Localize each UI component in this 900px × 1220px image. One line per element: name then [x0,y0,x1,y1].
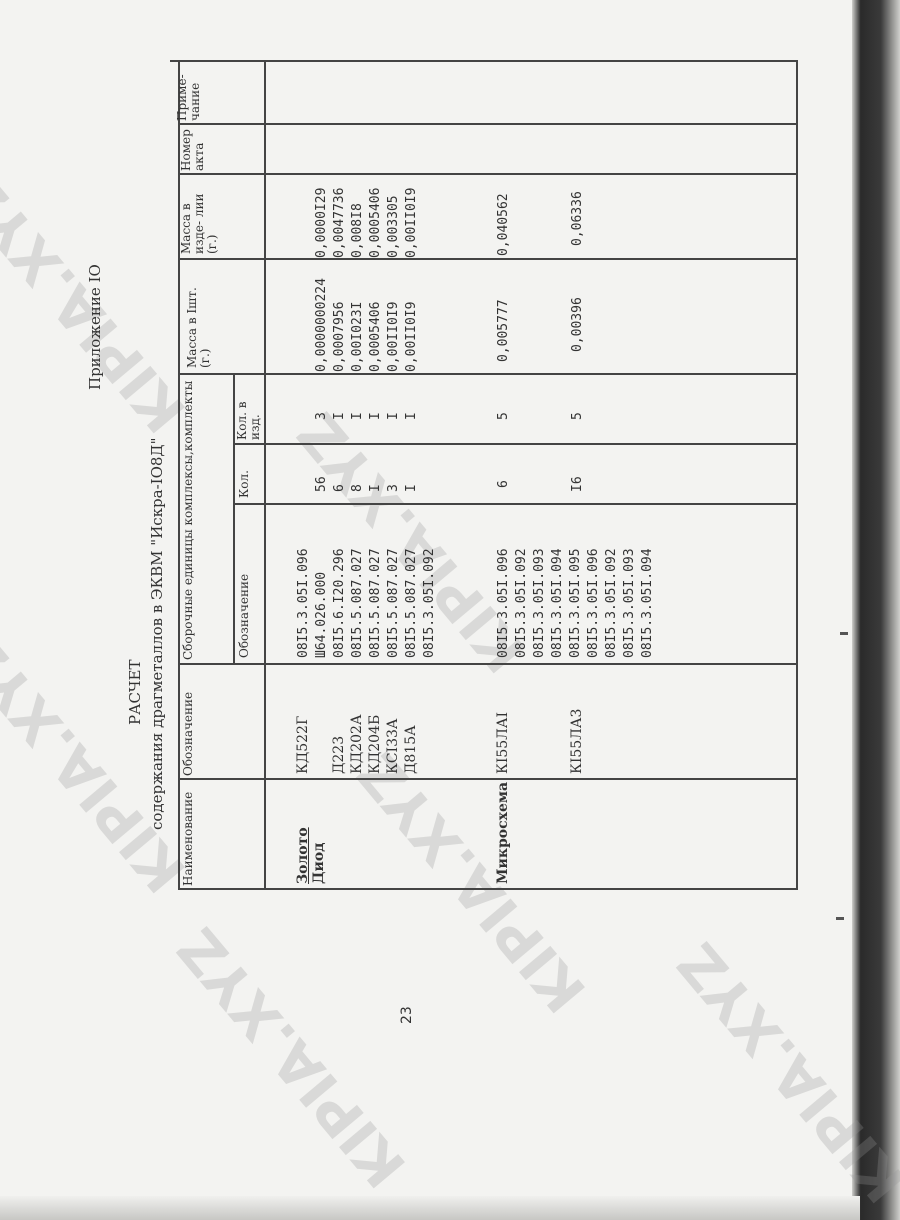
assembly-designation: 08I5.6.I20.296 [332,548,347,658]
designation: Д815А [404,714,419,774]
mass-per-unit: 0,0007956 [332,278,347,372]
mass-in-product-diode: 0,0000I29 0,0047736 0,008I8 0,0005406 0,… [314,188,419,258]
header-assembly-group: Сборочные единицы комплексы,комплекты [182,380,195,660]
mass-in-product: 0,0047736 [332,188,347,258]
col-border [178,123,798,125]
qty-in-product-microchip-2: 5 [570,412,585,420]
assembly-designation: 08I5.5.087.027 [386,548,401,658]
designations-diode: КД522Г Д223 КД202А КД204Б КСI33А Д815А [296,714,419,774]
assembly-designation: 08I5.5.087.027 [368,548,383,658]
mass-per-unit-microchip-1: 0,005777 [496,299,511,362]
assembly-designation: 08I5.3.05I.093 [532,548,547,658]
designation: КД522Г [296,714,311,774]
group-name-microchip: Микросхема [496,782,511,884]
mass-per-unit: 0,0005406 [368,278,383,372]
col-border [233,443,798,445]
header-assembly-designation: Обозначение [238,574,251,658]
col-border [178,888,798,890]
scan-speck [840,632,848,635]
qty-in-product: I [350,412,365,420]
qty: I [404,476,419,492]
header-mass-per-unit: Масса в Iшт. (г.) [186,268,212,368]
designation: КД202А [350,714,365,774]
assembly-designation: 08I5.3.05I.096 [296,548,311,658]
qty-microchip-1: 6 [496,480,511,488]
watermark: KIPIA.XYZ [0,620,199,904]
assembly-designation: 08I5.5.087.027 [404,548,419,658]
mass-in-product: 0,008I8 [350,188,365,258]
assembly-designations-microchip: 08I5.3.05I.096 08I5.3.05I.092 08I5.3.05I… [496,548,655,658]
assembly-designation: 08I5.3.05I.096 [586,548,601,658]
assembly-designation: 08I5.3.05I.092 [422,548,437,658]
assembly-designation: 08I5.3.05I.096 [496,548,511,658]
rotated-document-page: KIPIA.XYZ KIPIA.XYZ KIPIA.XYZ KIPIA.XYZ … [0,0,900,1220]
assembly-designation: 08I5.3.05I.094 [640,548,655,658]
qty-in-product: I [332,412,347,420]
table-header-bottom-border [264,60,266,890]
designation: КД204Б [368,714,383,774]
col-border [178,373,798,375]
mass-per-unit: 0,0000000224 [314,278,329,372]
page-number: 23 [400,1006,415,1024]
qty-in-product: I [404,412,419,420]
qty: 8 [350,476,365,492]
designation-microchip-1: КI55ЛАI [496,712,511,774]
document-subtitle: содержания драгметаллов в ЭКВМ "Искра-IO… [150,437,165,830]
header-mass-in-product: Масса в изде- лии (г.) [180,180,219,254]
mass-per-unit-microchip-2: 0,00396 [570,297,585,352]
header-name: Наименование [182,792,195,886]
col-border [178,663,798,665]
document-title: РАСЧЕТ [128,660,143,725]
qty: 6 [332,476,347,492]
qty: I [368,476,383,492]
col-border [178,173,798,175]
designation [314,714,329,774]
mass-in-product: 0,0005406 [368,188,383,258]
qty-in-product: I [368,412,383,420]
header-act-number: Номер акта [180,127,206,171]
appendix-label: Приложение IO [88,264,103,390]
scan-speck [836,917,844,920]
header-qty-in-product: Кол. в изд. [236,380,262,440]
group-name-diode: Диод [312,842,327,884]
designation: Д223 [332,714,347,774]
mass-per-unit: 0,00II0I9 [386,278,401,372]
designation: КСI33А [386,714,401,774]
assembly-designation: 08I5.3.05I.092 [604,548,619,658]
qty-microchip-2: I6 [570,476,585,492]
assembly-designations-diode: 08I5.3.05I.096 Ш64.026.000 08I5.6.I20.29… [296,548,437,658]
col-border [178,778,798,780]
mass-per-unit-diode: 0,0000000224 0,0007956 0,00I023I 0,00054… [314,278,419,372]
qty-in-product: 3 [314,412,329,420]
watermark: KIPIA.XYZ [346,740,599,1024]
qty-diode: 56 6 8 I 3 I [314,476,419,492]
mass-in-product-microchip-2: 0,06336 [570,191,585,246]
assembly-designation: 08I5.3.05I.095 [568,548,583,658]
mass-in-product: 0,0000I29 [314,188,329,258]
mass-per-unit: 0,00I023I [350,278,365,372]
table-bottom-border [796,60,798,890]
qty-in-product-microchip-1: 5 [496,412,511,420]
qty-in-product: I [386,412,401,420]
assembly-designation: 08I5.5.087.027 [350,548,365,658]
assembly-designation: 08I5.3.05I.092 [514,548,529,658]
watermark: KIPIA.XYZ [166,915,419,1199]
assembly-designation: 08I5.3.05I.093 [622,548,637,658]
metal-name: Золото [296,827,311,884]
header-note: Приме- чание [176,63,202,121]
qty: 56 [314,476,329,492]
mass-in-product: 0,003305 [386,188,401,258]
assembly-designation: Ш64.026.000 [314,548,329,658]
col-border [233,503,798,505]
header-designation: Обозначение [182,692,195,776]
col-border [170,60,798,62]
header-qty: Кол. [238,470,251,498]
qty: 3 [386,476,401,492]
mass-in-product: 0,00II0I9 [404,188,419,258]
assembly-designation: 08I5.3.05I.094 [550,548,565,658]
watermark: KIPIA.XYZ [666,930,900,1214]
mass-in-product-microchip-1: 0,040562 [496,193,511,256]
designation-microchip-2: КI55ЛА3 [570,709,585,774]
col-border [178,258,798,260]
mass-per-unit: 0,00II0I9 [404,278,419,372]
qty-in-product-diode: 3 I I I I I [314,412,419,420]
